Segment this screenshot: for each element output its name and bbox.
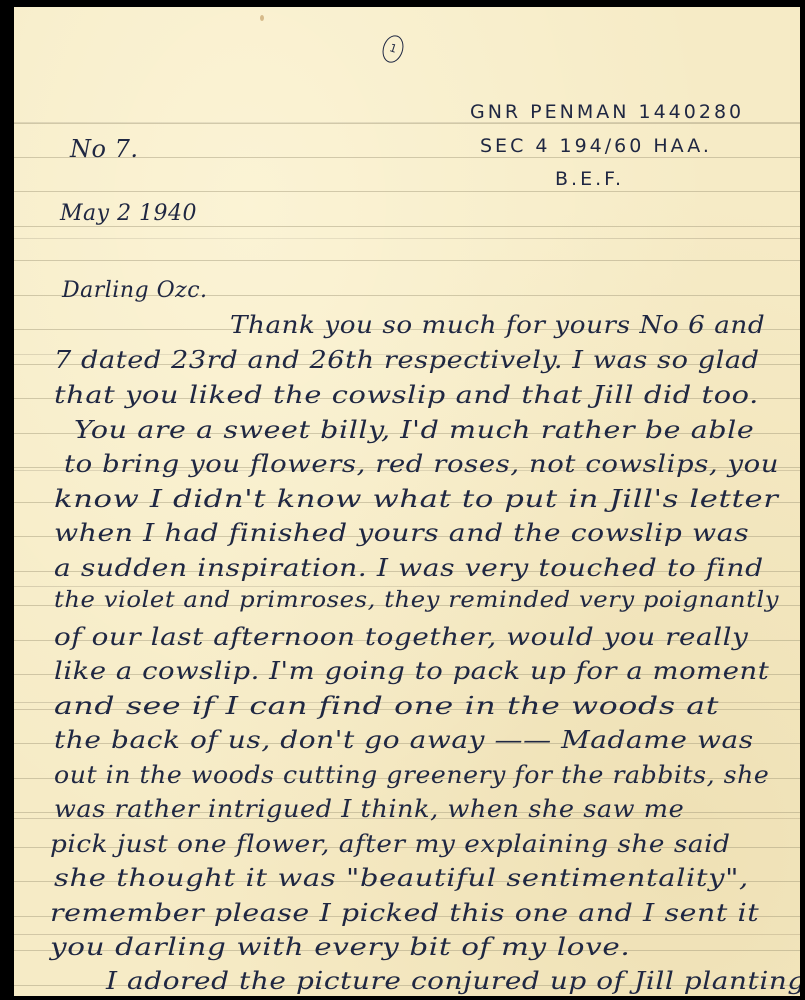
body-line: the back of us, don't go away —— Madame … (54, 728, 754, 752)
sender-bef-line: B.E.F. (555, 170, 624, 189)
paper-stain (260, 15, 264, 21)
letter-date: May 2 1940 (60, 203, 197, 225)
letter-number: No 7. (70, 137, 138, 161)
salutation: Darling Ozc. (62, 280, 208, 302)
body-line: of our last afternoon together, would yo… (54, 625, 748, 649)
body-line: you darling with every bit of my love. (50, 935, 630, 959)
sender-unit-line: Sec 4 194/60 HAA. (480, 137, 712, 156)
ruled-line (14, 191, 800, 192)
page-number-circled: 1 (379, 33, 407, 66)
body-line: when I had finished yours and the cowsli… (54, 521, 749, 545)
body-line: like a cowslip. I'm going to pack up for… (54, 659, 769, 683)
body-line: know I didn't know what to put in Jill's… (54, 487, 778, 511)
body-line: 7 dated 23rd and 26th respectively. I wa… (54, 348, 760, 372)
letter-page: 1 Gnr Penman 1440280 No 7. Sec 4 194/60 … (14, 7, 800, 996)
body-line: I adored the picture conjured up of Jill… (106, 969, 800, 993)
body-line: was rather intrigued I think, when she s… (54, 797, 684, 821)
body-line: pick just one flower, after my explainin… (50, 832, 730, 856)
body-line: out in the woods cutting greenery for th… (54, 763, 769, 787)
body-line: You are a sweet billy, I'd much rather b… (74, 418, 754, 442)
body-line: that you liked the cowslip and that Jill… (54, 383, 759, 407)
ruled-line (14, 226, 800, 227)
body-line: and see if I can find one in the woods a… (54, 694, 719, 718)
body-line: she thought it was "beautiful sentimenta… (54, 866, 749, 890)
body-line: Thank you so much for yours No 6 and (230, 313, 765, 337)
body-line: remember please I picked this one and I … (50, 901, 759, 925)
ruled-line (14, 260, 800, 261)
body-line: the violet and primroses, they reminded … (54, 590, 779, 612)
body-line: a sudden inspiration. I was very touched… (54, 556, 764, 580)
body-line: to bring you flowers, red roses, not cow… (64, 452, 779, 476)
ruled-line (14, 123, 800, 124)
sender-name-line: Gnr Penman 1440280 (470, 103, 744, 122)
